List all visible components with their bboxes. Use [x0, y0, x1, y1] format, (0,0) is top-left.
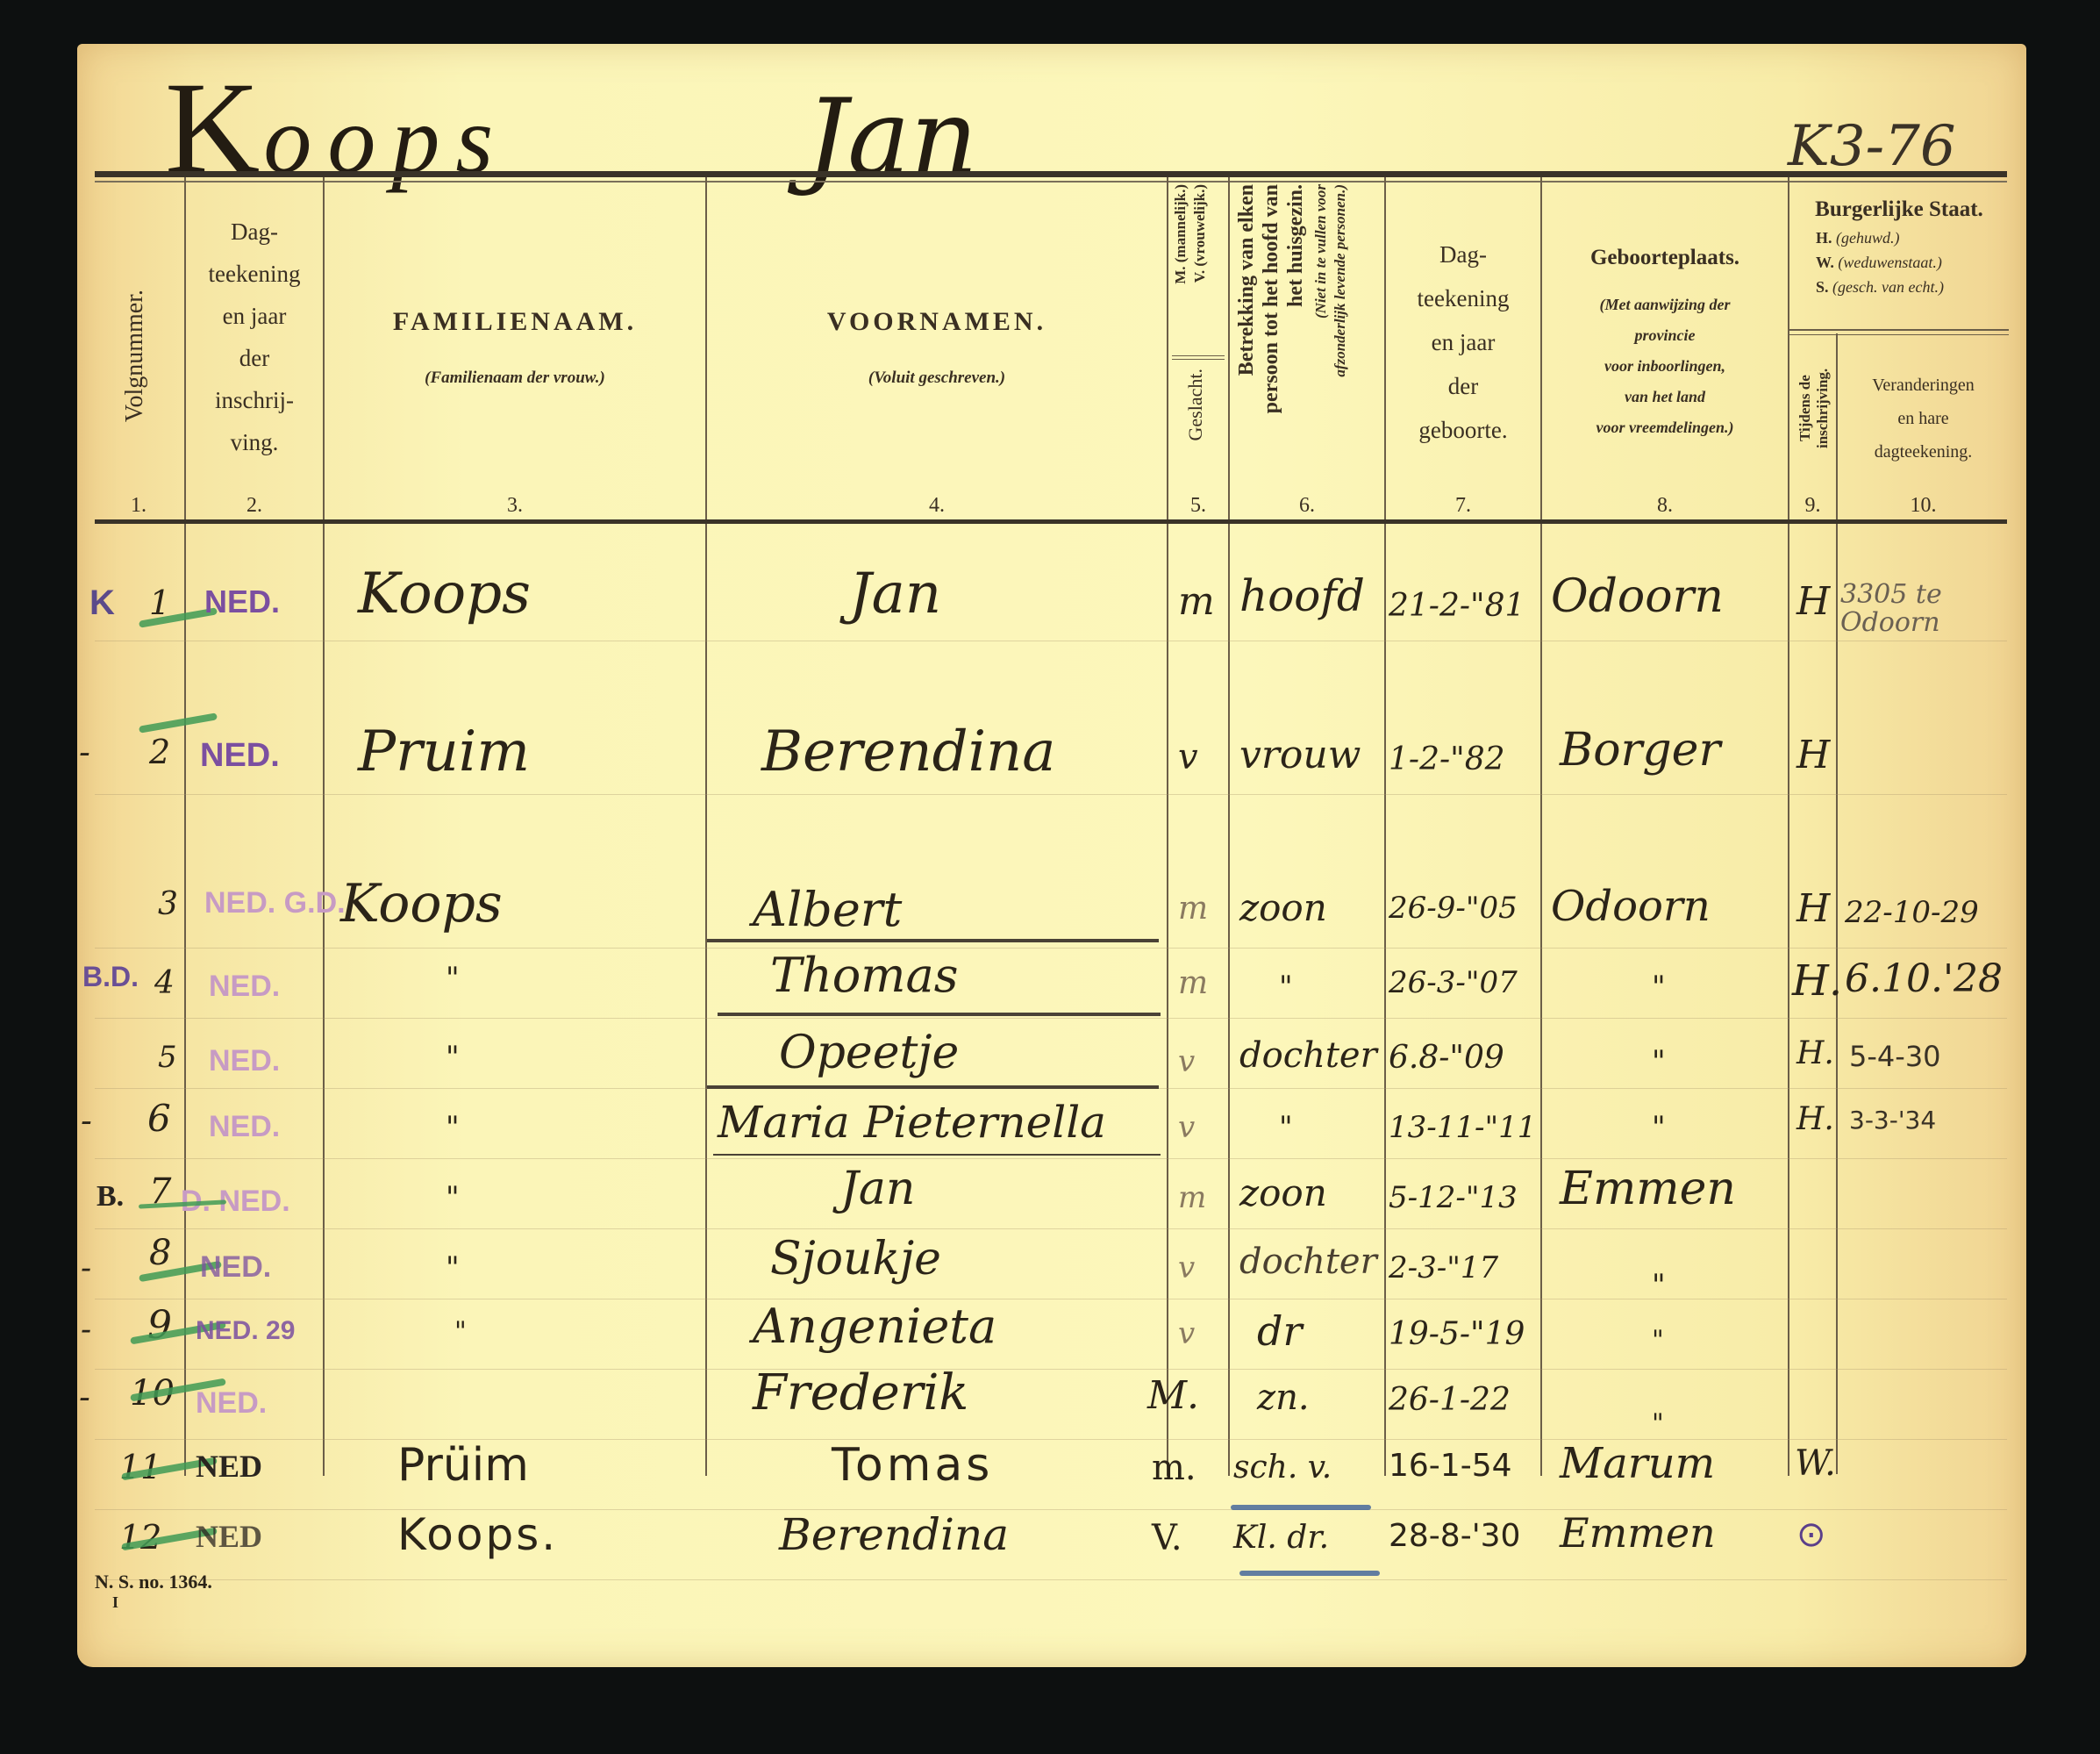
birth-place: Borger: [1560, 724, 1720, 777]
relation: hoofd: [1239, 570, 1365, 621]
header-line: dagteekening.: [1838, 435, 2009, 469]
header-burgerlijke-staat: Burgerlijke Staat. H. (gehuwd.) W. (wedu…: [1789, 197, 2009, 329]
header-line: provincie: [1542, 320, 1788, 351]
nationality-stamp: NED.: [200, 737, 280, 775]
relation: zoon: [1239, 1171, 1327, 1214]
birth-place: ": [1652, 1268, 1666, 1303]
civil-state: H: [1796, 886, 1830, 931]
nationality-stamp: NED. 29: [196, 1316, 295, 1346]
row-number: 5: [158, 1040, 177, 1075]
surname: ": [446, 1110, 460, 1145]
top-rule: [95, 171, 2007, 177]
header-sub: (Niet in te vullen voor: [1312, 184, 1330, 319]
header-legend: H. (gehuwd.) W. (weduwenstaat.) S. (gesc…: [1789, 226, 2009, 299]
sex: v: [1178, 1250, 1195, 1285]
civil-state: H.: [1796, 1101, 1834, 1137]
given-names: Frederik: [753, 1364, 968, 1421]
header-line: en hare: [1838, 402, 2009, 435]
row-number: 4: [154, 965, 175, 1001]
header-tijdens-inschrijving: Tijdens de inschrijving. 9.: [1789, 338, 1836, 518]
header-label-m: M. (mannelijk.): [1172, 184, 1189, 284]
civil-state: ⊙: [1796, 1514, 1826, 1555]
birth-date: 26-1-22: [1389, 1382, 1511, 1418]
relation: sch. v.: [1233, 1450, 1332, 1486]
row-line: [95, 1299, 2007, 1299]
registration-card: Koops Jan K3-76 Volgnummer. 1. Dag- teek…: [77, 44, 2026, 1667]
header-line: Veranderingen: [1838, 369, 2009, 402]
header-line: van het land: [1542, 382, 1788, 412]
relation: zoon: [1239, 886, 1327, 929]
sex: v: [1178, 1044, 1195, 1079]
row-prefix-mark: B.D.: [82, 961, 139, 993]
surname: ": [454, 1316, 467, 1347]
legend-h: H. (gehuwd.): [1816, 226, 2009, 250]
form-number-label: N. S. no. 1364.: [95, 1571, 212, 1593]
surname: Koops.: [397, 1509, 558, 1560]
row-prefix-mark: -: [79, 733, 90, 771]
surname: Koops: [358, 562, 531, 626]
nationality-stamp: NED: [196, 1518, 262, 1555]
strikethrough: [713, 1154, 1161, 1156]
header-familienaam: FAMILIENAAM. (Familienaam der vrouw.) 3.: [325, 184, 705, 518]
row-prefix-mark: -: [81, 1101, 92, 1140]
header-label: Geboorteplaats.: [1542, 246, 1788, 270]
green-pencil-mark: [139, 712, 218, 734]
civil-state: H: [1796, 733, 1830, 777]
form-number-sub: I: [95, 1593, 212, 1612]
header-rule: [95, 519, 2007, 524]
column-number: 1.: [95, 494, 182, 518]
strikethrough: [707, 1085, 1159, 1089]
row-prefix-mark: K: [89, 583, 115, 623]
header-line: Dag-: [1386, 233, 1540, 276]
header-line: voor inboorlingen,: [1542, 351, 1788, 382]
row-number: 8: [149, 1233, 171, 1273]
header-line: Dag-: [186, 211, 323, 253]
row-line: [95, 1158, 2007, 1159]
column-number: 3.: [325, 494, 705, 518]
civil-change: 6.10.'28: [1845, 956, 2003, 1001]
header-label: Geslacht.: [1184, 369, 1207, 440]
header-volgnummer: Volgnummer. 1.: [95, 184, 182, 518]
header-line: geboorte.: [1386, 408, 1540, 452]
header-sub: afzonderlijk levende personen.): [1332, 184, 1349, 377]
birth-date: 16-1-54: [1389, 1448, 1512, 1484]
birth-place: Odoorn: [1551, 882, 1711, 931]
birth-place: ": [1652, 1110, 1666, 1145]
header-line: voor vreemdelingen.): [1542, 412, 1788, 443]
burgerlijke-staat-divider: [1789, 329, 2009, 335]
civil-state: H: [1796, 579, 1830, 624]
row-line: [95, 1579, 2007, 1580]
header-label: Tijdens de inschrijving.: [1796, 347, 1832, 469]
given-names: Jan: [840, 1163, 915, 1215]
birth-date: 5-12-"13: [1389, 1180, 1518, 1215]
sex: m: [1178, 1180, 1206, 1215]
header-label-v: V. (vrouwelijk.): [1191, 184, 1209, 283]
header-label: VOORNAMEN.: [707, 307, 1167, 337]
civil-change: 3305 te Odoorn: [1840, 581, 2007, 637]
row-number: 6: [147, 1097, 171, 1140]
header-geboorteplaats: Geboorteplaats. (Met aanwijzing der prov…: [1542, 184, 1788, 518]
nationality-stamp: NED.: [209, 1044, 280, 1078]
header-line: en jaar: [1386, 320, 1540, 364]
birth-date: 19-5-"19: [1389, 1316, 1525, 1352]
surname: Koops: [340, 873, 503, 934]
row-prefix-mark: -: [81, 1312, 91, 1348]
column-number: 9.: [1789, 494, 1836, 518]
column-number: 8.: [1542, 494, 1788, 518]
civil-change: 5-4-30: [1849, 1040, 1941, 1073]
header-line: teekening: [1386, 276, 1540, 320]
row-prefix-mark: -: [81, 1250, 91, 1286]
civil-state: W.: [1795, 1443, 1836, 1484]
given-names: Albert: [753, 882, 902, 937]
birth-date: 26-3-"07: [1389, 965, 1518, 1000]
nationality-stamp: NED.: [196, 1386, 267, 1421]
surname: ": [446, 1180, 460, 1215]
legend-s: S. (gesch. van echt.): [1816, 275, 2009, 299]
header-line: Betrekking van elken: [1235, 184, 1259, 376]
given-names: Berendina: [761, 719, 1055, 784]
blue-pencil-mark: [1231, 1505, 1371, 1510]
surname: ": [446, 1250, 460, 1285]
header-label: Burgerlijke Staat.: [1789, 197, 2009, 222]
header-label: FAMILIENAAM.: [325, 307, 705, 337]
birth-date: 21-2-"81: [1389, 588, 1525, 624]
given-names: Angenieta: [753, 1299, 996, 1354]
given-names: Opeetje: [779, 1027, 959, 1079]
row-line: [95, 1439, 2007, 1440]
header-line: der: [186, 337, 323, 379]
birth-date: 28-8-'30: [1389, 1518, 1520, 1554]
row-line: [95, 1228, 2007, 1229]
row-number: 3: [158, 886, 178, 922]
birth-place: Odoorn: [1551, 570, 1724, 623]
reference-number: K3-76: [1788, 114, 1956, 179]
birth-date: 26-9-"05: [1389, 891, 1518, 926]
nationality-stamp: NED: [196, 1448, 262, 1485]
nationality-stamp: NED.: [209, 970, 280, 1004]
strikethrough: [707, 939, 1159, 942]
header-sublabel: (Familienaam der vrouw.): [325, 369, 705, 388]
sex: v: [1178, 1316, 1195, 1351]
row-prefix-mark: B.: [96, 1180, 124, 1213]
header-geboortedatum: Dag- teekening en jaar der geboorte. 7.: [1386, 233, 1540, 518]
surname: Prüim: [397, 1439, 529, 1492]
row-line: [95, 948, 2007, 949]
column-number: 6.: [1230, 494, 1384, 518]
top-rule-thin: [95, 181, 2007, 183]
row-line: [95, 641, 2007, 641]
header-label: Volgnummer.: [121, 290, 149, 422]
header-inschrijving: Dag- teekening en jaar der inschrij- vin…: [186, 211, 323, 518]
relation: Kl. dr.: [1233, 1520, 1329, 1556]
sex: M.: [1147, 1373, 1199, 1418]
nationality-stamp: NED.: [200, 1250, 271, 1285]
birth-place: Emmen: [1560, 1163, 1736, 1215]
given-names: Berendina: [779, 1509, 1009, 1560]
row-line: [95, 1509, 2007, 1510]
column-number: 2.: [186, 494, 323, 518]
birth-place: ": [1652, 1325, 1664, 1356]
relation: ": [1279, 970, 1293, 1005]
column-number: 10.: [1838, 494, 2009, 518]
birth-place: ": [1652, 1408, 1664, 1439]
column-number: 7.: [1386, 494, 1540, 518]
form-number: N. S. no. 1364. I: [95, 1571, 212, 1612]
relation: zn.: [1257, 1378, 1310, 1418]
sex: m: [1178, 579, 1215, 624]
birth-place: Emmen: [1560, 1509, 1716, 1557]
column-number: 4.: [707, 494, 1167, 518]
birth-place: Marum: [1560, 1439, 1715, 1488]
header-sublabel: (Voluit geschreven.): [707, 369, 1167, 388]
header-line: en jaar: [186, 295, 323, 337]
given-names: Tomas: [832, 1439, 993, 1492]
header-sublabel: (Met aanwijzing der provincie voor inboo…: [1542, 290, 1788, 443]
row-line: [95, 1369, 2007, 1370]
sex: v: [1178, 737, 1198, 777]
nationality-stamp: NED.: [204, 583, 280, 620]
header-line: inschrij-: [186, 379, 323, 421]
civil-change: 22-10-29: [1845, 895, 1979, 930]
header-geslacht: M. (mannelijk.) V. (vrouwelijk.) Geslach…: [1168, 184, 1228, 518]
birth-date: 6.8-"09: [1389, 1040, 1504, 1076]
header-betrekking: Betrekking van elken persoon tot het hoo…: [1230, 184, 1384, 518]
civil-state: H.: [1792, 956, 1842, 1006]
given-names: Maria Pieternella: [718, 1097, 1106, 1148]
given-names: Thomas: [770, 948, 958, 1003]
nationality-stamp: NED.: [209, 1110, 280, 1144]
header-divider: [1172, 355, 1225, 360]
relation: dochter: [1239, 1242, 1377, 1282]
relation: ": [1279, 1110, 1293, 1145]
relation: dochter: [1239, 1035, 1377, 1076]
header-line: persoon tot het hoofd van: [1260, 184, 1283, 413]
header-line: ving.: [186, 421, 323, 463]
column-number: 5.: [1168, 494, 1228, 518]
row-prefix-mark: -: [79, 1378, 90, 1416]
birth-date: 1-2-"82: [1389, 741, 1505, 777]
blue-pencil-mark: [1239, 1571, 1380, 1576]
birth-place: ": [1652, 1044, 1666, 1079]
relation: dr: [1257, 1307, 1302, 1355]
row-number: 2: [149, 733, 170, 771]
header-voornamen: VOORNAMEN. (Voluit geschreven.) 4.: [707, 184, 1167, 518]
given-names: Sjoukje: [770, 1233, 941, 1285]
legend-w: W. (weduwenstaat.): [1816, 250, 2009, 275]
surname: Pruim: [358, 719, 530, 784]
header-line: teekening: [186, 253, 323, 295]
header-veranderingen: Veranderingen en hare dagteekening. 10.: [1838, 338, 2009, 518]
surname: ": [446, 961, 460, 996]
nationality-stamp: NED. G.D.: [204, 886, 346, 920]
sex: V.: [1152, 1518, 1182, 1558]
birth-place: ": [1652, 970, 1666, 1005]
sex: m: [1178, 965, 1208, 1001]
birth-date: 2-3-"17: [1389, 1250, 1498, 1285]
sex: m.: [1152, 1448, 1196, 1488]
surname: ": [446, 1040, 460, 1075]
civil-change: 3-3-'34: [1849, 1106, 1936, 1135]
header-line: der: [1386, 364, 1540, 408]
sex: v: [1178, 1110, 1195, 1145]
strikethrough: [718, 1013, 1161, 1016]
header-line: (Met aanwijzing der: [1542, 290, 1788, 320]
birth-date: 13-11-"11: [1389, 1110, 1536, 1145]
sex: m: [1178, 891, 1208, 927]
relation: vrouw: [1239, 733, 1361, 777]
row-line: [95, 1018, 2007, 1019]
header-line: het huisgezin.: [1284, 184, 1308, 307]
row-line: [95, 794, 2007, 795]
given-names: Jan: [849, 562, 941, 626]
civil-state: H.: [1796, 1035, 1834, 1071]
